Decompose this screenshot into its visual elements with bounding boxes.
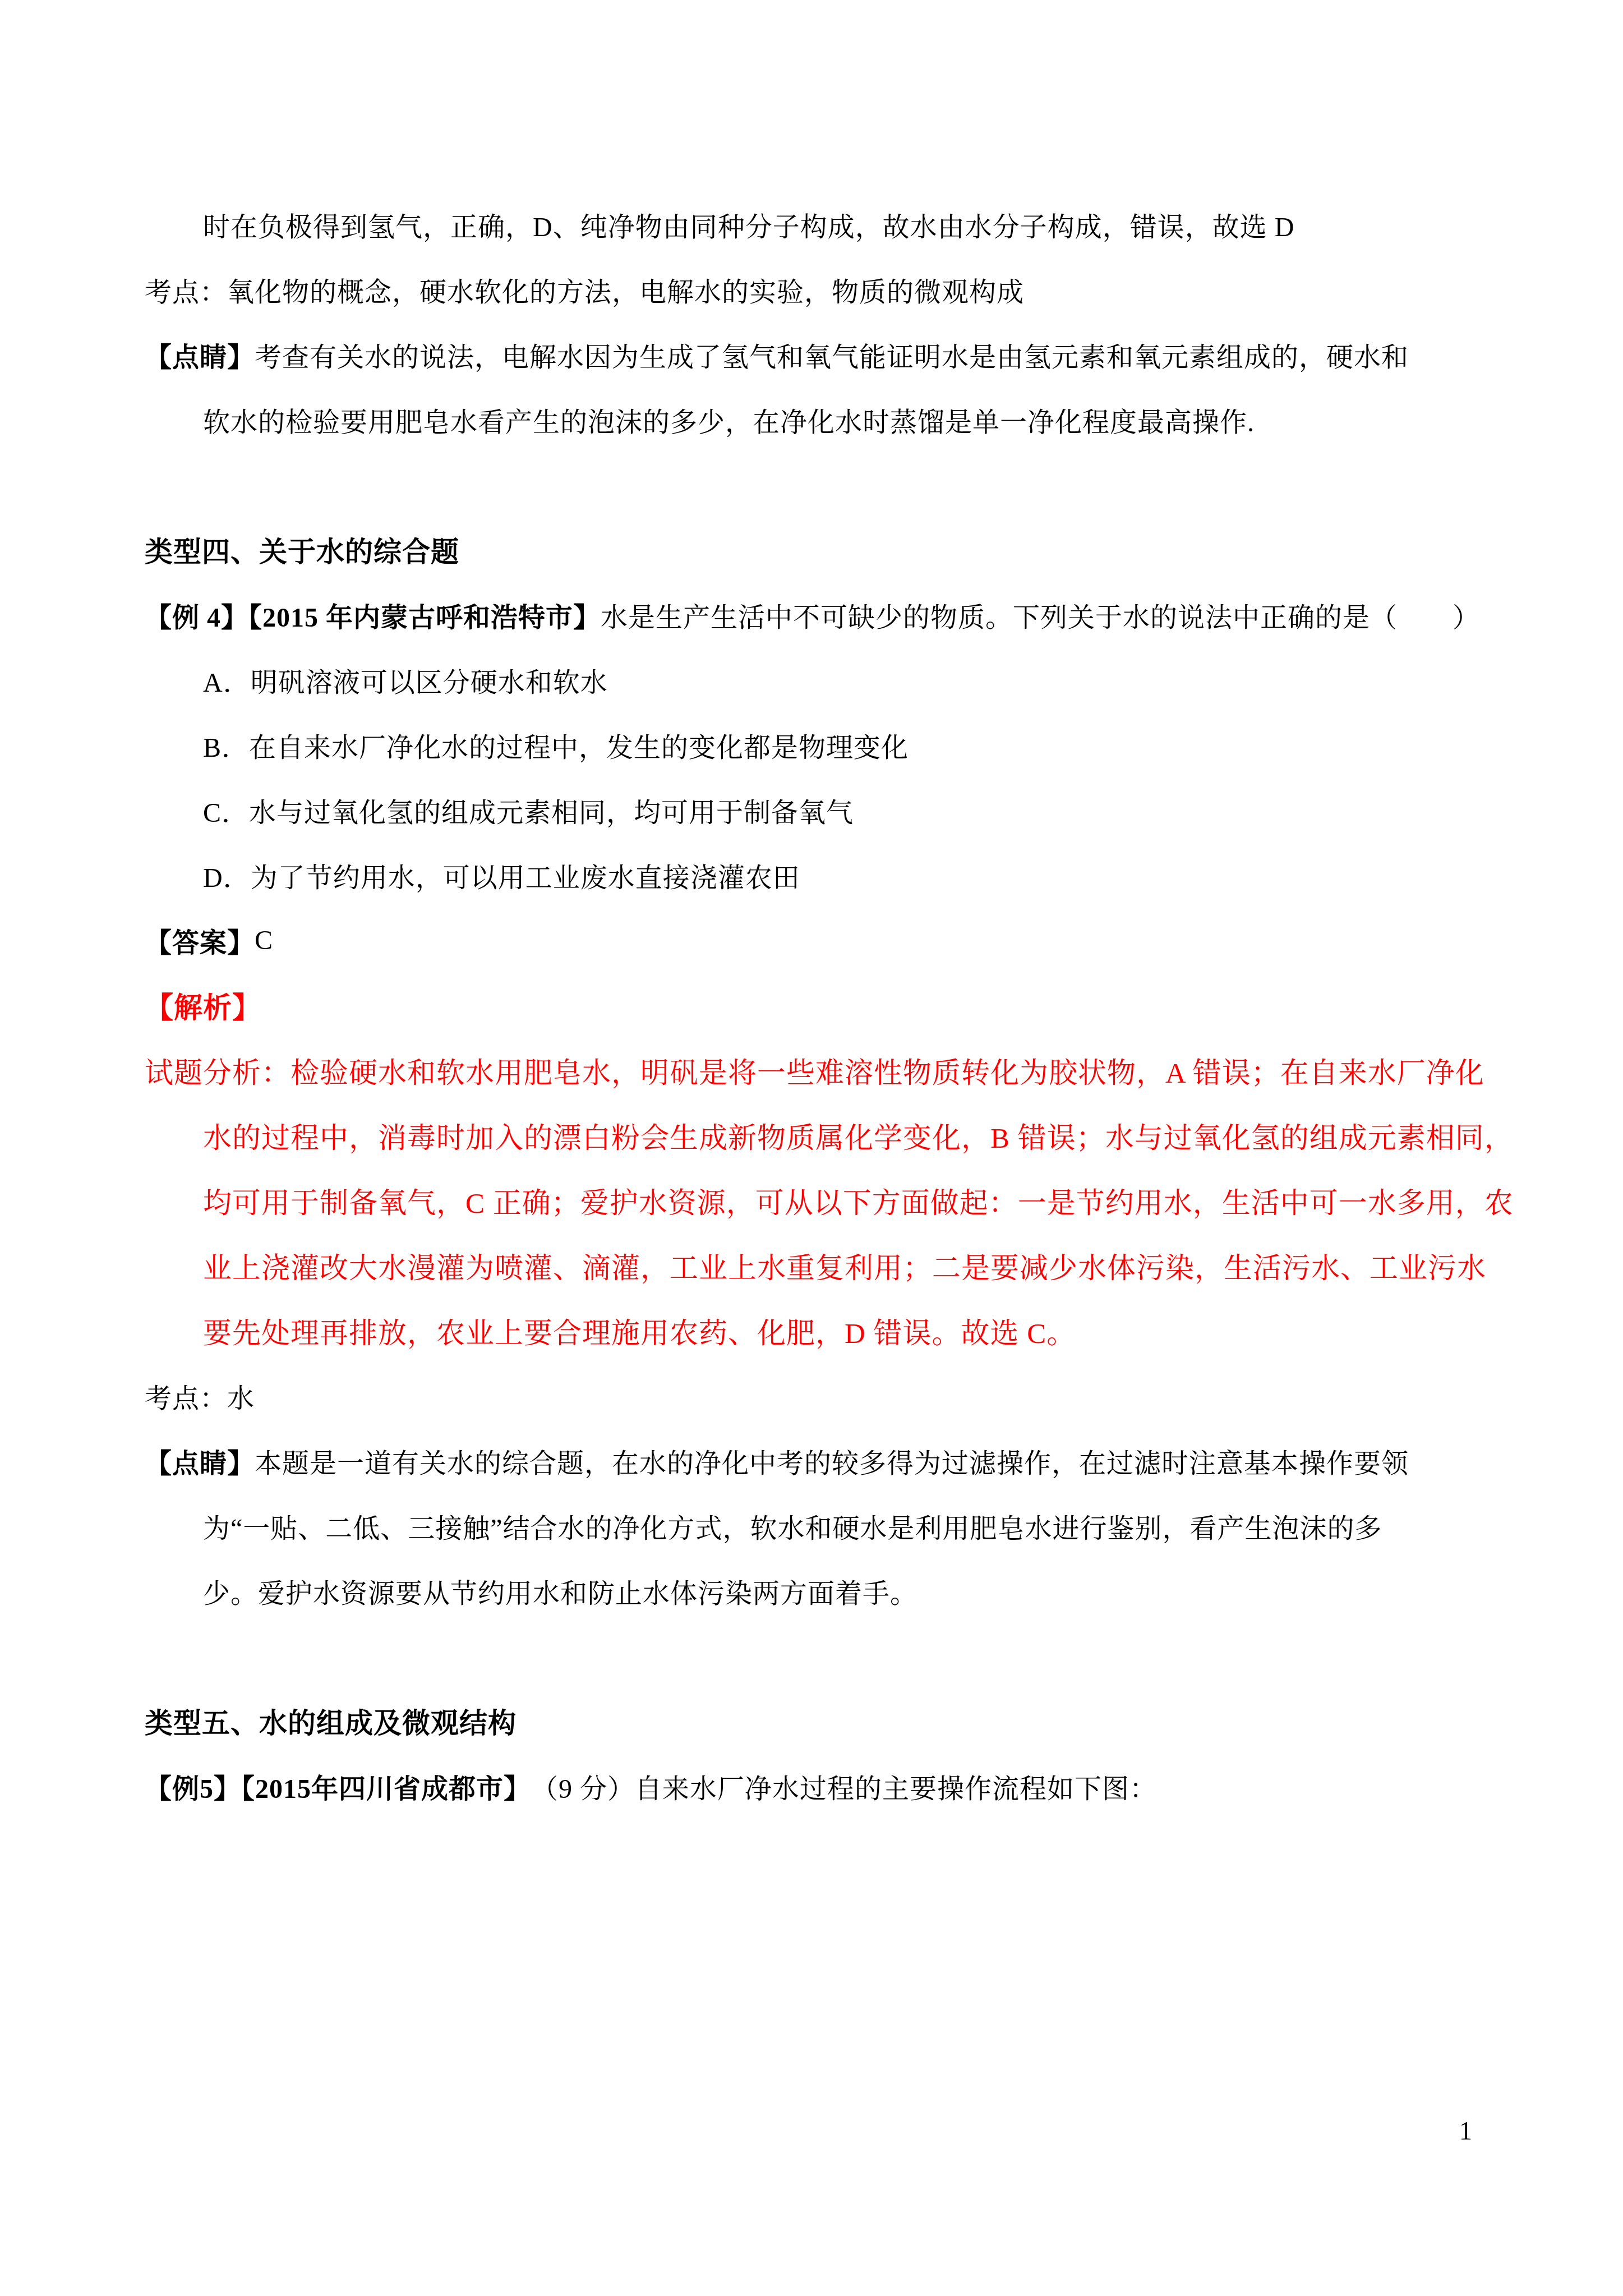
text-segment: 考点：氧化物的概念，硬水软化的方法，电解水的实验，物质的微观构成 [145,270,1024,309]
text-segment: 业上浇灌改大水漫灌为喷灌、滴灌，工业上水重复利用；二是要减少水体污染，生活污水、… [203,1245,1486,1286]
text-segment: A．明矾溶液可以区分硬水和软水 [203,661,608,700]
text-line: 水的过程中，消毒时加入的漂白粉会生成新物质属化学变化，B 错误；水与过氧化氢的组… [0,1103,1623,1168]
text-line: 【答案】C [0,908,1623,973]
bold-label: 类型四、关于水的综合题 [145,530,459,570]
text-segment: 少。爱护水资源要从节约用水和防止水体污染两方面着手。 [203,1572,917,1611]
text-segment: 考查有关水的说法，电解水因为生成了氢气和氧气能证明水是由氢元素和氧元素组成的，硬… [255,335,1409,374]
text-line: 时在负极得到氢气，正确，D、纯净物由同种分子构成，故水由水分子构成，错误，故选 … [0,192,1623,257]
document-page: 时在负极得到氢气，正确，D、纯净物由同种分子构成，故水由水分子构成，错误，故选 … [0,0,1623,2296]
text-segment: D．为了节约用水，可以用工业废水直接浇灌农田 [203,856,800,895]
text-line: A．明矾溶液可以区分硬水和软水 [0,647,1623,712]
text-segment: 软水的检验要用肥皂水看产生的泡沫的多少，在净化水时蒸馏是单一净化程度最高操作. [203,401,1255,439]
text-line: 要先处理再排放，农业上要合理施用农药、化肥，D 错误。故选 C。 [0,1298,1623,1363]
text-segment: 考点：水 [145,1377,255,1415]
text-line: 试题分析：检验硬水和软水用肥皂水，明矾是将一些难溶性物质转化为胶状物，A 错误；… [0,1038,1623,1103]
page-number: 1 [1459,2116,1472,2146]
text-segment: 水的过程中，消毒时加入的漂白粉会生成新物质属化学变化，B 错误；水与过氧化氢的组… [203,1115,1514,1156]
text-line: B．在自来水厂净化水的过程中，发生的变化都是物理变化 [0,712,1623,777]
text-line: C．水与过氧化氢的组成元素相同，均可用于制备氧气 [0,777,1623,843]
document-body: 时在负极得到氢气，正确，D、纯净物由同种分子构成，故水由水分子构成，错误，故选 … [0,192,1623,1819]
bold-label: 【例5】【2015年四川省成都市】 [145,1767,531,1806]
text-segment: B．在自来水厂净化水的过程中，发生的变化都是物理变化 [203,726,909,765]
bold-label: 【点睛】 [145,1442,255,1480]
text-segment: C [255,925,273,956]
text-segment: 为“一贴、二低、三接触”结合水的净化方式，软水和硬水是利用肥皂水进行鉴别，看产生… [203,1507,1382,1545]
text-segment: C．水与过氧化氢的组成元素相同，均可用于制备氧气 [203,791,854,830]
blank-line [0,1623,1623,1688]
text-line: 均可用于制备氧气，C 正确；爱护水资源，可从以下方面做起：一是节约用水，生活中可… [0,1168,1623,1233]
blank-line [0,452,1623,517]
text-segment: （9 分）自来水厂净水过程的主要操作流程如下图： [531,1767,1157,1806]
text-line: 【例5】【2015年四川省成都市】（9 分）自来水厂净水过程的主要操作流程如下图… [0,1754,1623,1819]
text-segment: 要先处理再排放，农业上要合理施用农药、化肥，D 错误。故选 C。 [203,1310,1076,1351]
text-line: D．为了节约用水，可以用工业废水直接浇灌农田 [0,843,1623,908]
section-heading: 类型四、关于水的综合题 [0,517,1623,582]
bold-label: 【点睛】 [145,335,255,374]
text-segment: 水是生产生活中不可缺少的物质。下列关于水的说法中正确的是（ ） [601,596,1480,634]
section-heading: 类型五、水的组成及微观结构 [0,1688,1623,1754]
text-line: 考点：水 [0,1363,1623,1428]
text-segment: 试题分析：检验硬水和软水用肥皂水，明矾是将一些难溶性物质转化为胶状物，A 错误；… [145,1050,1484,1091]
text-line: 业上浇灌改大水漫灌为喷灌、滴灌，工业上水重复利用；二是要减少水体污染，生活污水、… [0,1233,1623,1298]
text-segment: 时在负极得到氢气，正确，D、纯净物由同种分子构成，故水由水分子构成，错误，故选 … [203,205,1294,244]
text-segment: 均可用于制备氧气，C 正确；爱护水资源，可从以下方面做起：一是节约用水，生活中可… [203,1180,1514,1221]
text-line: 为“一贴、二低、三接触”结合水的净化方式，软水和硬水是利用肥皂水进行鉴别，看产生… [0,1493,1623,1558]
text-line: 软水的检验要用肥皂水看产生的泡沫的多少，在净化水时蒸馏是单一净化程度最高操作. [0,387,1623,452]
bold-label: 【例 4】【2015 年内蒙古呼和浩特市】 [145,596,601,634]
text-line: 【点睛】考查有关水的说法，电解水因为生成了氢气和氧气能证明水是由氢元素和氧元素组… [0,322,1623,387]
bold-label: 类型五、水的组成及微观结构 [145,1701,517,1741]
text-line: 【解析】 [0,973,1623,1038]
bold-label: 【解析】 [145,984,261,1026]
text-line: 考点：氧化物的概念，硬水软化的方法，电解水的实验，物质的微观构成 [0,257,1623,322]
text-line: 【例 4】【2015 年内蒙古呼和浩特市】水是生产生活中不可缺少的物质。下列关于… [0,582,1623,647]
bold-label: 【答案】 [145,921,255,960]
text-line: 【点睛】本题是一道有关水的综合题，在水的净化中考的较多得为过滤操作，在过滤时注意… [0,1428,1623,1493]
text-line: 少。爱护水资源要从节约用水和防止水体污染两方面着手。 [0,1558,1623,1623]
text-segment: 本题是一道有关水的综合题，在水的净化中考的较多得为过滤操作，在过滤时注意基本操作… [255,1442,1409,1480]
